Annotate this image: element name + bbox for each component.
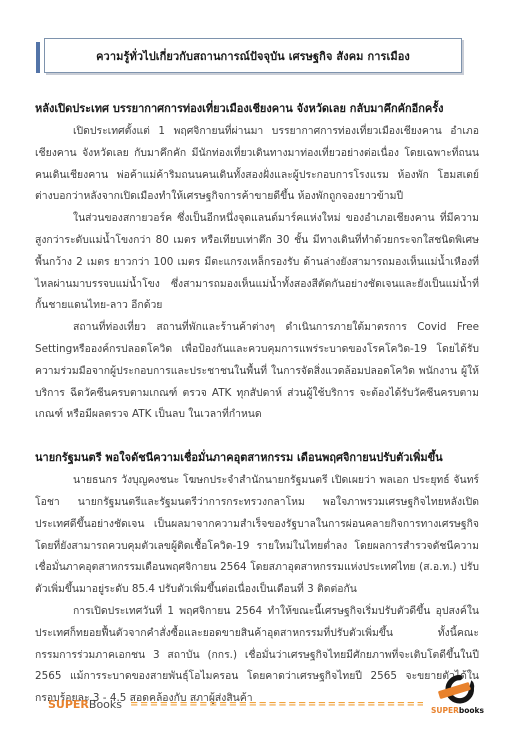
- footer-brand-primary: SUPER: [48, 698, 89, 711]
- superbooks-logo: SUPERbooks: [431, 674, 484, 715]
- section-heading: หลังเปิดประเทศ บรรยากาศการท่องเที่ยวเมือ…: [35, 98, 479, 120]
- footer-separator: ========================================…: [130, 699, 423, 710]
- logo-swoosh-icon: [435, 674, 479, 708]
- section-tourism: หลังเปิดประเทศ บรรยากาศการท่องเที่ยวเมือ…: [35, 98, 479, 426]
- section-industry-index: นายกรัฐมนตรี พอใจดัชนีความเชื่อมั่นภาคอุ…: [35, 447, 479, 710]
- document-page: ความรู้ทั่วไปเกี่ยวกับสถานการณ์ปัจจุบัน …: [0, 0, 512, 752]
- paragraph: ในส่วนของสกายวอร์ค ซึ่งเป็นอีกหนึ่งจุดแล…: [35, 208, 479, 317]
- page-title: ความรู้ทั่วไปเกี่ยวกับสถานการณ์ปัจจุบัน …: [96, 47, 410, 65]
- section-heading: นายกรัฐมนตรี พอใจดัชนีความเชื่อมั่นภาคอุ…: [35, 447, 479, 469]
- paragraph: นายธนกร วังบุญคงชนะ โฆษกประจำสำนักนายกรั…: [35, 470, 479, 601]
- footer-brand-secondary: Books: [89, 698, 122, 711]
- paragraph: เปิดประเทศตั้งแต่ 1 พฤศจิกายนที่ผ่านมา บ…: [35, 121, 479, 208]
- logo-wordmark: SUPERbooks: [431, 706, 484, 715]
- title-banner: ความรู้ทั่วไปเกี่ยวกับสถานการณ์ปัจจุบัน …: [36, 38, 462, 73]
- page-title-box: ความรู้ทั่วไปเกี่ยวกับสถานการณ์ปัจจุบัน …: [44, 38, 462, 73]
- logo-wordmark-secondary: books: [459, 706, 484, 715]
- page-footer: SUPERBooks =============================…: [0, 694, 512, 715]
- article-content: หลังเปิดประเทศ บรรยากาศการท่องเที่ยวเมือ…: [35, 98, 479, 710]
- footer-brand: SUPERBooks: [48, 698, 122, 711]
- paragraph: สถานที่ท่องเที่ยว สถานที่พักและร้านค้าต่…: [35, 317, 479, 426]
- logo-wordmark-primary: SUPER: [431, 706, 459, 715]
- title-accent-bar: [36, 42, 40, 73]
